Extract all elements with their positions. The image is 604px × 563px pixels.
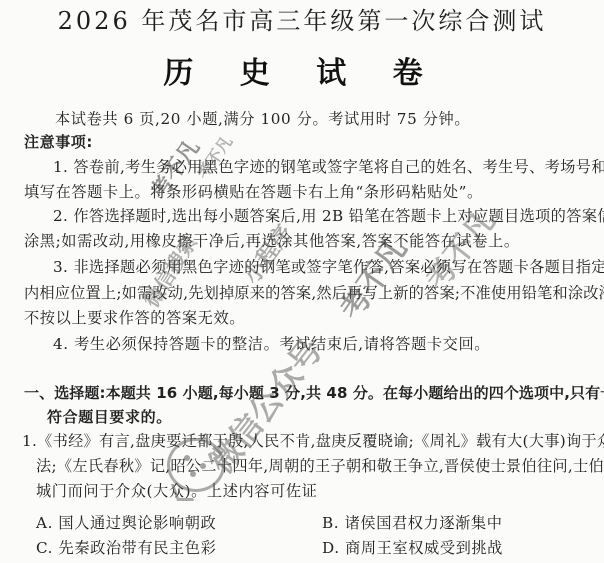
notice-item-1-line-2: 填写在答题卡上。将条形码横贴在答题卡右上角“条形码粘贴处”。: [24, 181, 483, 202]
notice-item-2-line-2: 涂黑;如需改动,用橡皮擦干净后,再选涂其他答案,答案不能答在试卷上。: [24, 230, 520, 251]
question-1-stem-line-2: 法;《左氏春秋》记,昭公二十四年,周朝的王子朝和敬王争立,晋侯使士景伯往问,士伯…: [36, 455, 604, 476]
question-1-option-d[interactable]: D. 商周王室权威受到挑战: [322, 537, 503, 558]
notice-item-3-line-1: 3. 非选择题必须用黑色字迹的钢笔或签字笔作答,答案必须写在答题卡各题目指定区域: [53, 256, 604, 277]
question-1-stem-line-3: 城门而问于介众(大众)。上述内容可佐证: [36, 480, 317, 501]
question-1-stem-line-1: 1.《书经》有言,盘庚要迁都于殷,人民不肯,盘庚反覆晓谕;《周礼》载有大(大事)…: [22, 430, 604, 451]
question-1-option-b[interactable]: B. 诸侯国君权力逐渐集中: [322, 512, 503, 533]
subject-title: 历 史 试 卷: [0, 48, 604, 92]
question-1-option-a[interactable]: A. 国人通过舆论影响朝政: [36, 512, 216, 533]
question-1-option-c[interactable]: C. 先秦政治带有民主色彩: [36, 537, 216, 558]
exam-intro: 本试卷共 6 页,20 小题,满分 100 分。考试用时 75 分钟。: [55, 108, 470, 129]
section-1-heading-cont: 符合题目要求的。: [47, 406, 172, 427]
section-1-heading: 一、选择题:本题共 16 小题,每小题 3 分,共 48 分。在每小题给出的四个…: [24, 382, 604, 403]
exam-title: 2026 年茂名市高三年级第一次综合测试: [0, 1, 604, 36]
watermark-text: 小程序: [235, 218, 298, 290]
notice-item-4-line-1: 4. 考生必须保持答题卡的整洁。考试结束后,请将答题卡交回。: [53, 333, 490, 354]
notice-heading: 注意事项:: [24, 131, 93, 152]
notice-item-2-line-1: 2. 作答选择题时,选出每小题答案后,用 2B 铅笔在答题卡上对应题目选项的答案…: [53, 205, 604, 226]
notice-item-1-line-1: 1. 答卷前,考生务必用黑色字迹的钢笔或签字笔将自己的姓名、考生号、考场号和座位…: [53, 156, 604, 177]
notice-item-3-line-2: 内相应位置上;如需改动,先划掉原来的答案,然后再写上新的答案;不准使用铅笔和涂改…: [24, 282, 604, 303]
notice-item-3-line-3: 不按以上要求作答的答案无效。: [24, 307, 245, 328]
